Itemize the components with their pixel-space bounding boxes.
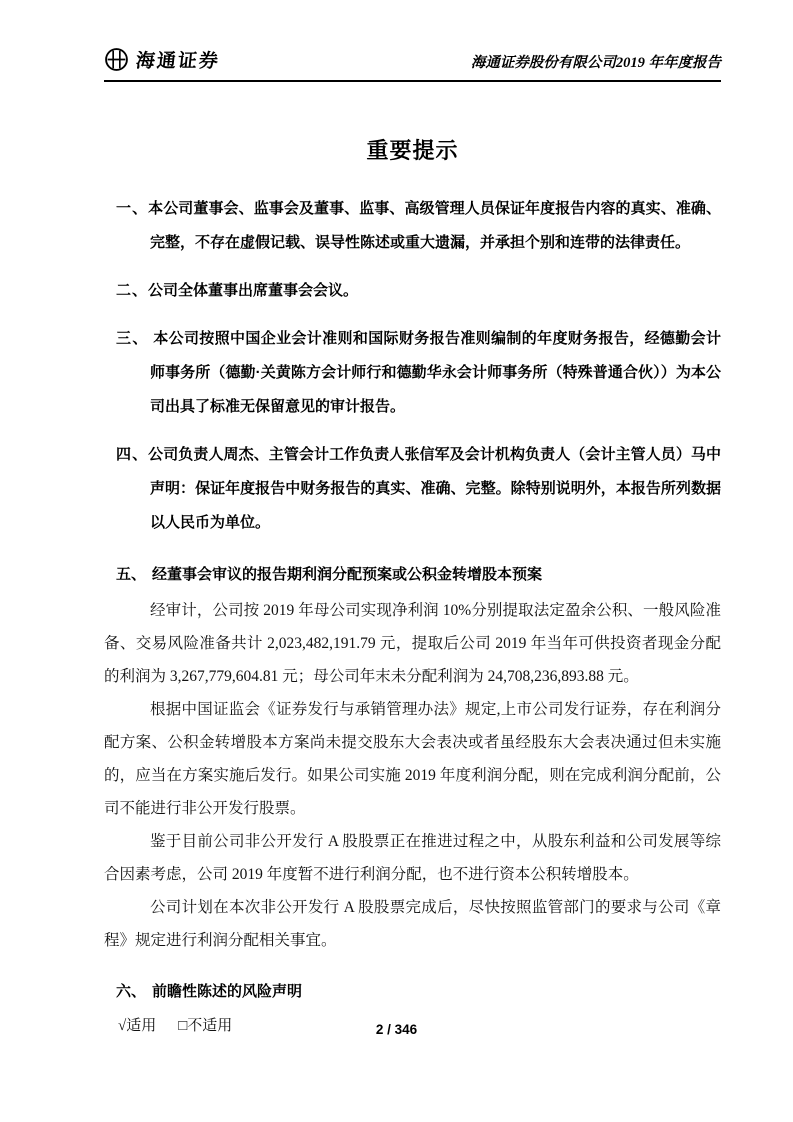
page-title: 重要提示 [104,136,721,166]
item-text: 公司全体董事出席董事会会议。 [148,282,358,299]
section-heading-text: 前瞻性陈述的风险声明 [152,983,302,1000]
item-number: 六、 [116,983,146,1000]
statement-item-2: 二、公司全体董事出席董事会会议。 [104,274,721,308]
item-text: 本公司董事会、监事会及董事、监事、高级管理人员保证年度报告内容的真实、准确、完整… [148,200,721,251]
section-5-paragraph-2: 根据中国证监会《证券发行与承销管理办法》规定,上市公司发行证券，存在利润分配方案… [104,693,721,825]
item-number: 一、 [116,200,148,217]
item-number: 二、 [116,282,148,299]
statement-item-1: 一、本公司董事会、监事会及董事、监事、高级管理人员保证年度报告内容的真实、准确、… [104,192,721,260]
section-heading-text: 经董事会审议的报告期利润分配预案或公积金转增股本预案 [152,566,542,583]
header-report-title: 海通证券股份有限公司2019 年年度报告 [471,51,721,73]
item-text: 本公司按照中国企业会计准则和国际财务报告准则编制的年度财务报告，经德勤会计师事务… [149,330,721,415]
item-number: 四、 [116,446,148,463]
page-number: 2 / 346 [376,1022,417,1037]
section-5-heading: 五、经董事会审议的报告期利润分配预案或公积金转增股本预案 [116,558,721,592]
item-number: 三、 [116,330,149,347]
item-text: 公司负责人周杰、主管会计工作负责人张信军及会计机构负责人（会计主管人员）马中声明… [148,446,721,531]
company-logo-text: 海通证券 [135,46,222,73]
page-header: 海通证券 海通证券股份有限公司2019 年年度报告 [104,46,721,82]
section-6-heading: 六、前瞻性陈述的风险声明 [116,975,721,1009]
statement-item-3: 三、 本公司按照中国企业会计准则和国际财务报告准则编制的年度财务报告，经德勤会计… [104,322,721,424]
section-5-paragraph-4: 公司计划在本次非公开发行 A 股股票完成后，尽快按照监管部门的要求与公司《章程》… [104,891,721,957]
section-5-paragraph-1: 经审计，公司按 2019 年母公司实现净利润 10%分别提取法定盈余公积、一般风… [104,594,721,693]
statement-item-4: 四、公司负责人周杰、主管会计工作负责人张信军及会计机构负责人（会计主管人员）马中… [104,438,721,540]
document-body: 一、本公司董事会、监事会及董事、监事、高级管理人员保证年度报告内容的真实、准确、… [104,192,721,1041]
item-number: 五、 [116,566,146,583]
section-profit-distribution: 五、经董事会审议的报告期利润分配预案或公积金转增股本预案 经审计，公司按 201… [104,558,721,957]
section-5-paragraph-3: 鉴于目前公司非公开发行 A 股股票正在推进过程之中，从股东利益和公司发展等综合因… [104,825,721,891]
haitong-circle-logo-icon [104,47,129,72]
company-logo: 海通证券 [104,46,220,73]
page-footer: 2 / 346 [0,1022,793,1037]
